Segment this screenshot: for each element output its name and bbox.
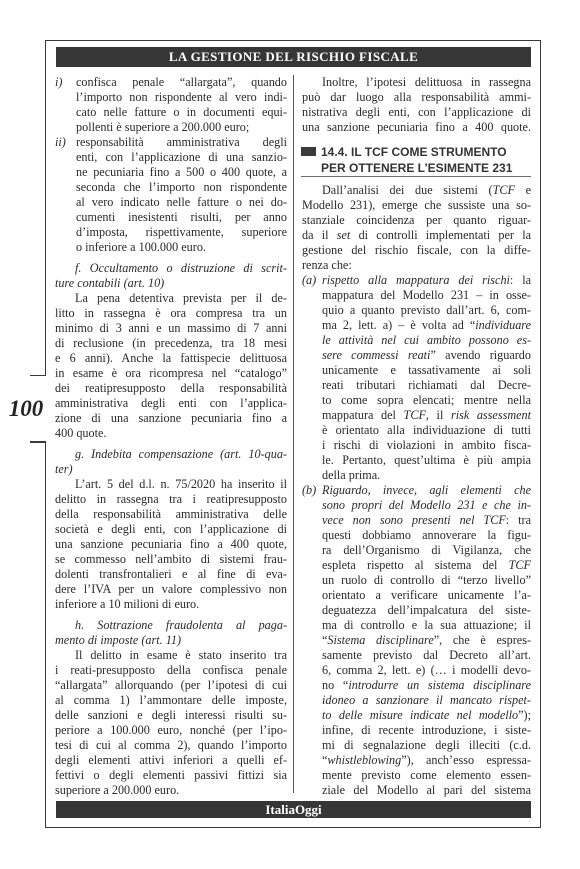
text-line: cato nelle fatture o in documenti equi-	[76, 105, 287, 120]
text-line: le. Pertanto, quest’ultima è più ampia	[322, 453, 531, 468]
section-heading: 14.4. IL TCF COME STRUMENTO PER OTTENERE…	[301, 144, 531, 177]
text-line: può dar luogo alla responsabilità ammi-	[302, 90, 531, 105]
list-item-i: i) confisca penale “allargata”, quando l…	[55, 75, 287, 135]
list-label: (b)	[302, 483, 316, 498]
text-line: fettivi o degli elementi passivi fittizi…	[55, 768, 287, 783]
text-line: L’art. 5 del d.l. n. 75/2020 ha inserito…	[55, 477, 287, 492]
section-heading-line: h. Sottrazione fraudolenta al paga-	[55, 618, 287, 633]
section-h: h. Sottrazione fraudolenta al paga- ment…	[55, 618, 287, 798]
text-line: in esame è ora ricompresa nel “catalogo”	[55, 366, 287, 381]
text-line: seconda che l’importo non rispondente	[76, 180, 287, 195]
text-line: è orientato alla individuazione di tutti	[322, 423, 531, 438]
text-line: pollenti è superiore a 200.000 euro;	[76, 120, 287, 135]
text-line: da il set di controlli implementati per …	[302, 228, 531, 243]
text-line: se commesso nell’ambito di sistemi frau-	[55, 552, 287, 567]
list-label: ii)	[55, 135, 66, 150]
page-number: 100	[4, 396, 48, 422]
section-heading-line: 14.4. IL TCF COME STRUMENTO	[321, 144, 531, 160]
text-line: sere commessi reati” avendo riguardo	[322, 348, 531, 363]
list-label: (a)	[302, 273, 316, 288]
text-line: una sanzione pecuniaria fino a 400 quote…	[55, 537, 287, 552]
text-line: espleta rispetto al sistema del TCF	[322, 558, 531, 573]
text-line: tesi di cui al comma 2), quando l’import…	[55, 738, 287, 753]
section-heading-line: f. Occultamento o distruzione di scrit-	[55, 261, 287, 276]
list-item-b: (b) Riguardo, invece, agli elementi che …	[302, 483, 531, 798]
text-line: Riguardo, invece, agli elementi che	[322, 483, 531, 498]
text-line: deguatezza dell’impalcatura del siste-	[322, 603, 531, 618]
text-line: sono propri del Modello 231 e che in-	[322, 498, 531, 513]
running-header: LA GESTIONE DEL RISCHIO FISCALE	[56, 47, 531, 67]
text-line: dolenti transfrontalieri e al fine di ev…	[55, 567, 287, 582]
text-line: mi di segnalazione degli illeciti (c.d.	[322, 738, 531, 753]
text-line: della responsabilità amministrativa dell…	[55, 507, 287, 522]
text-line: unicamente e tassativamente ai soli	[322, 363, 531, 378]
text-line: società e degli enti, con l’applicazione…	[55, 522, 287, 537]
text-line: delle sanzioni e degli interessi risulti…	[55, 708, 287, 723]
text-line: degli elementi attivi inferiori a quelli…	[55, 753, 287, 768]
text-line: samente previsto dal Decreto all’art.	[322, 648, 531, 663]
text-line: renza che:	[302, 258, 531, 273]
text-line: al comma 1) l’ammontare delle imposte,	[55, 693, 287, 708]
body-paragraph: Dall’analisi dei due sistemi (TCF e Mode…	[302, 183, 531, 273]
text-line: al vero indicato nelle fatture o nei do-	[76, 195, 287, 210]
text-line: orientato a verificare unicamente l’a-	[322, 588, 531, 603]
list-item-a: (a) rispetto alla mappatura dei rischi: …	[302, 273, 531, 483]
column-divider	[293, 75, 294, 793]
section-g: g. Indebita compensazione (art. 10-qua- …	[55, 447, 287, 612]
text-line: un ruolo di controllo di “terzo livello”	[322, 573, 531, 588]
page-number-bracket-top	[30, 375, 46, 377]
text-line: Modello 231), emerge che sussiste una so…	[302, 198, 531, 213]
text-line: enti, con l’applicazione di una sanzio-	[76, 150, 287, 165]
text-line: ziale del Modello al pari del sistema	[322, 783, 531, 798]
section-f: f. Occultamento o distruzione di scrit- …	[55, 261, 287, 441]
text-line: o inferiore a 100.000 euro.	[76, 240, 287, 255]
text-line: confisca penale “allargata”, quando	[76, 75, 287, 90]
text-line: ma di controllo e la sua attuazione; il	[322, 618, 531, 633]
text-line: ra dell’Organismo di Vigilanza, che	[322, 543, 531, 558]
text-line: le attività nel cui ambito possono es-	[322, 333, 531, 348]
text-line: dei reatipresupposto della responsabilit…	[55, 381, 287, 396]
text-line: to delle misure indicate nel modello”);	[322, 708, 531, 723]
text-line: reati tributari richiamati dal Decre-	[322, 378, 531, 393]
text-line: rispetto alla mappatura dei rischi: la	[322, 273, 531, 288]
text-line: ma 2, lett. a) – è volta ad “individuare	[322, 318, 531, 333]
text-line: d’imposta, rispettivamente, superiore	[76, 225, 287, 240]
list-item-ii: ii) responsabilità amministrativa degli …	[55, 135, 287, 255]
text-line: i rischi di violazioni in ambito fisca-	[322, 438, 531, 453]
section-heading-line: ter)	[55, 462, 287, 477]
text-line: questi dobbiamo annoverare la figu-	[322, 528, 531, 543]
text-line: superiore a 200.000 euro.	[55, 783, 287, 798]
text-line: no “introdurre un sistema disciplinare	[322, 678, 531, 693]
text-line: mappatura del TCF, il risk assessment	[322, 408, 531, 423]
text-line: mappatura del Modello 231 – in osse-	[322, 288, 531, 303]
text-line: della prima.	[322, 468, 531, 483]
text-line: 6, comma 2, lett. e) (… i modelli devo-	[322, 663, 531, 678]
section-heading-line: g. Indebita compensazione (art. 10-qua-	[55, 447, 287, 462]
text-line: gestione del rischio fiscale, con la dif…	[302, 243, 531, 258]
text-line: cumenti inesistenti risulti, per anno	[76, 210, 287, 225]
text-line: zione di una sanzione pecuniaria fino a	[55, 411, 287, 426]
section-heading-line: PER OTTENERE L’ESIMENTE 231	[321, 160, 531, 176]
text-line: La pena detentiva prevista per il de-	[55, 291, 287, 306]
book-page: 100 LA GESTIONE DEL RISCHIO FISCALE i) c…	[0, 0, 580, 869]
text-line: dere l’IVA per un valore complessivo non	[55, 582, 287, 597]
text-line: e 6 anni). Anche la fattispecie delittuo…	[55, 351, 287, 366]
text-line: idoneo a sanzionare il mancato rispet-	[322, 693, 531, 708]
text-line: Inoltre, l’ipotesi delittuosa in rassegn…	[302, 75, 531, 90]
text-line: infine, di recente introduzione, i siste…	[322, 723, 531, 738]
text-line: delitto in rassegna tra i reatipresuppos…	[55, 492, 287, 507]
text-line: vece non sono presenti nel TCF: tra	[322, 513, 531, 528]
text-line: 400 quote.	[55, 426, 287, 441]
text-line: “allargata” allorquando (per l’ipotesi d…	[55, 678, 287, 693]
list-label: i)	[55, 75, 62, 90]
text-line: ne pecuniaria fino a 500 o 400 quote, a	[76, 165, 287, 180]
text-line: responsabilità amministrativa degli	[76, 135, 287, 150]
text-line: periore a 100.000 euro, nonché (per l’ip…	[55, 723, 287, 738]
text-line: di reclusione (in precedenza, tra 18 mes…	[55, 336, 287, 351]
text-line: to come sopra elencati; mentre nella	[322, 393, 531, 408]
text-line: minimo di 3 anni e un massimo di 7 anni	[55, 321, 287, 336]
text-line: quio a quanto previsto dall’art. 6, com-	[322, 303, 531, 318]
text-line: inferiore a 10 milioni di euro.	[55, 597, 287, 612]
text-line: nistrativa degli enti, con l’applicazion…	[302, 105, 531, 120]
text-line: amministrativa degli enti con l’applica-	[55, 396, 287, 411]
footer-brand-bar: ItaliaOggi	[56, 801, 531, 818]
text-line: i reati-presupposto della confisca penal…	[55, 663, 287, 678]
page-number-bracket-bottom	[30, 441, 46, 443]
right-column: Inoltre, l’ipotesi delittuosa in rassegn…	[302, 75, 531, 798]
text-line: Il delitto in esame è stato inserito tra	[55, 648, 287, 663]
text-line: Dall’analisi dei due sistemi (TCF e	[302, 183, 531, 198]
text-line: litto in rassegna è ora compresa tra un	[55, 306, 287, 321]
text-line: una sanzione pecuniaria fino a 400 quote…	[302, 120, 531, 135]
text-line: “Sistema disciplinare”, che è espres-	[322, 633, 531, 648]
section-heading-line: mento di imposte (art. 11)	[55, 633, 287, 648]
text-line: l’importo non rispondente al vero indi-	[76, 90, 287, 105]
square-bullet-icon	[301, 147, 316, 156]
intro-paragraph: Inoltre, l’ipotesi delittuosa in rassegn…	[302, 75, 531, 135]
left-column: i) confisca penale “allargata”, quando l…	[55, 75, 287, 798]
text-line: “whistleblowing”), anch’esso espressa-	[322, 753, 531, 768]
text-line: mente previsto come elemento essen-	[322, 768, 531, 783]
text-line: stanziale coincidenza per quanto riguar-	[302, 213, 531, 228]
section-heading-line: ture contabili (art. 10)	[55, 276, 287, 291]
